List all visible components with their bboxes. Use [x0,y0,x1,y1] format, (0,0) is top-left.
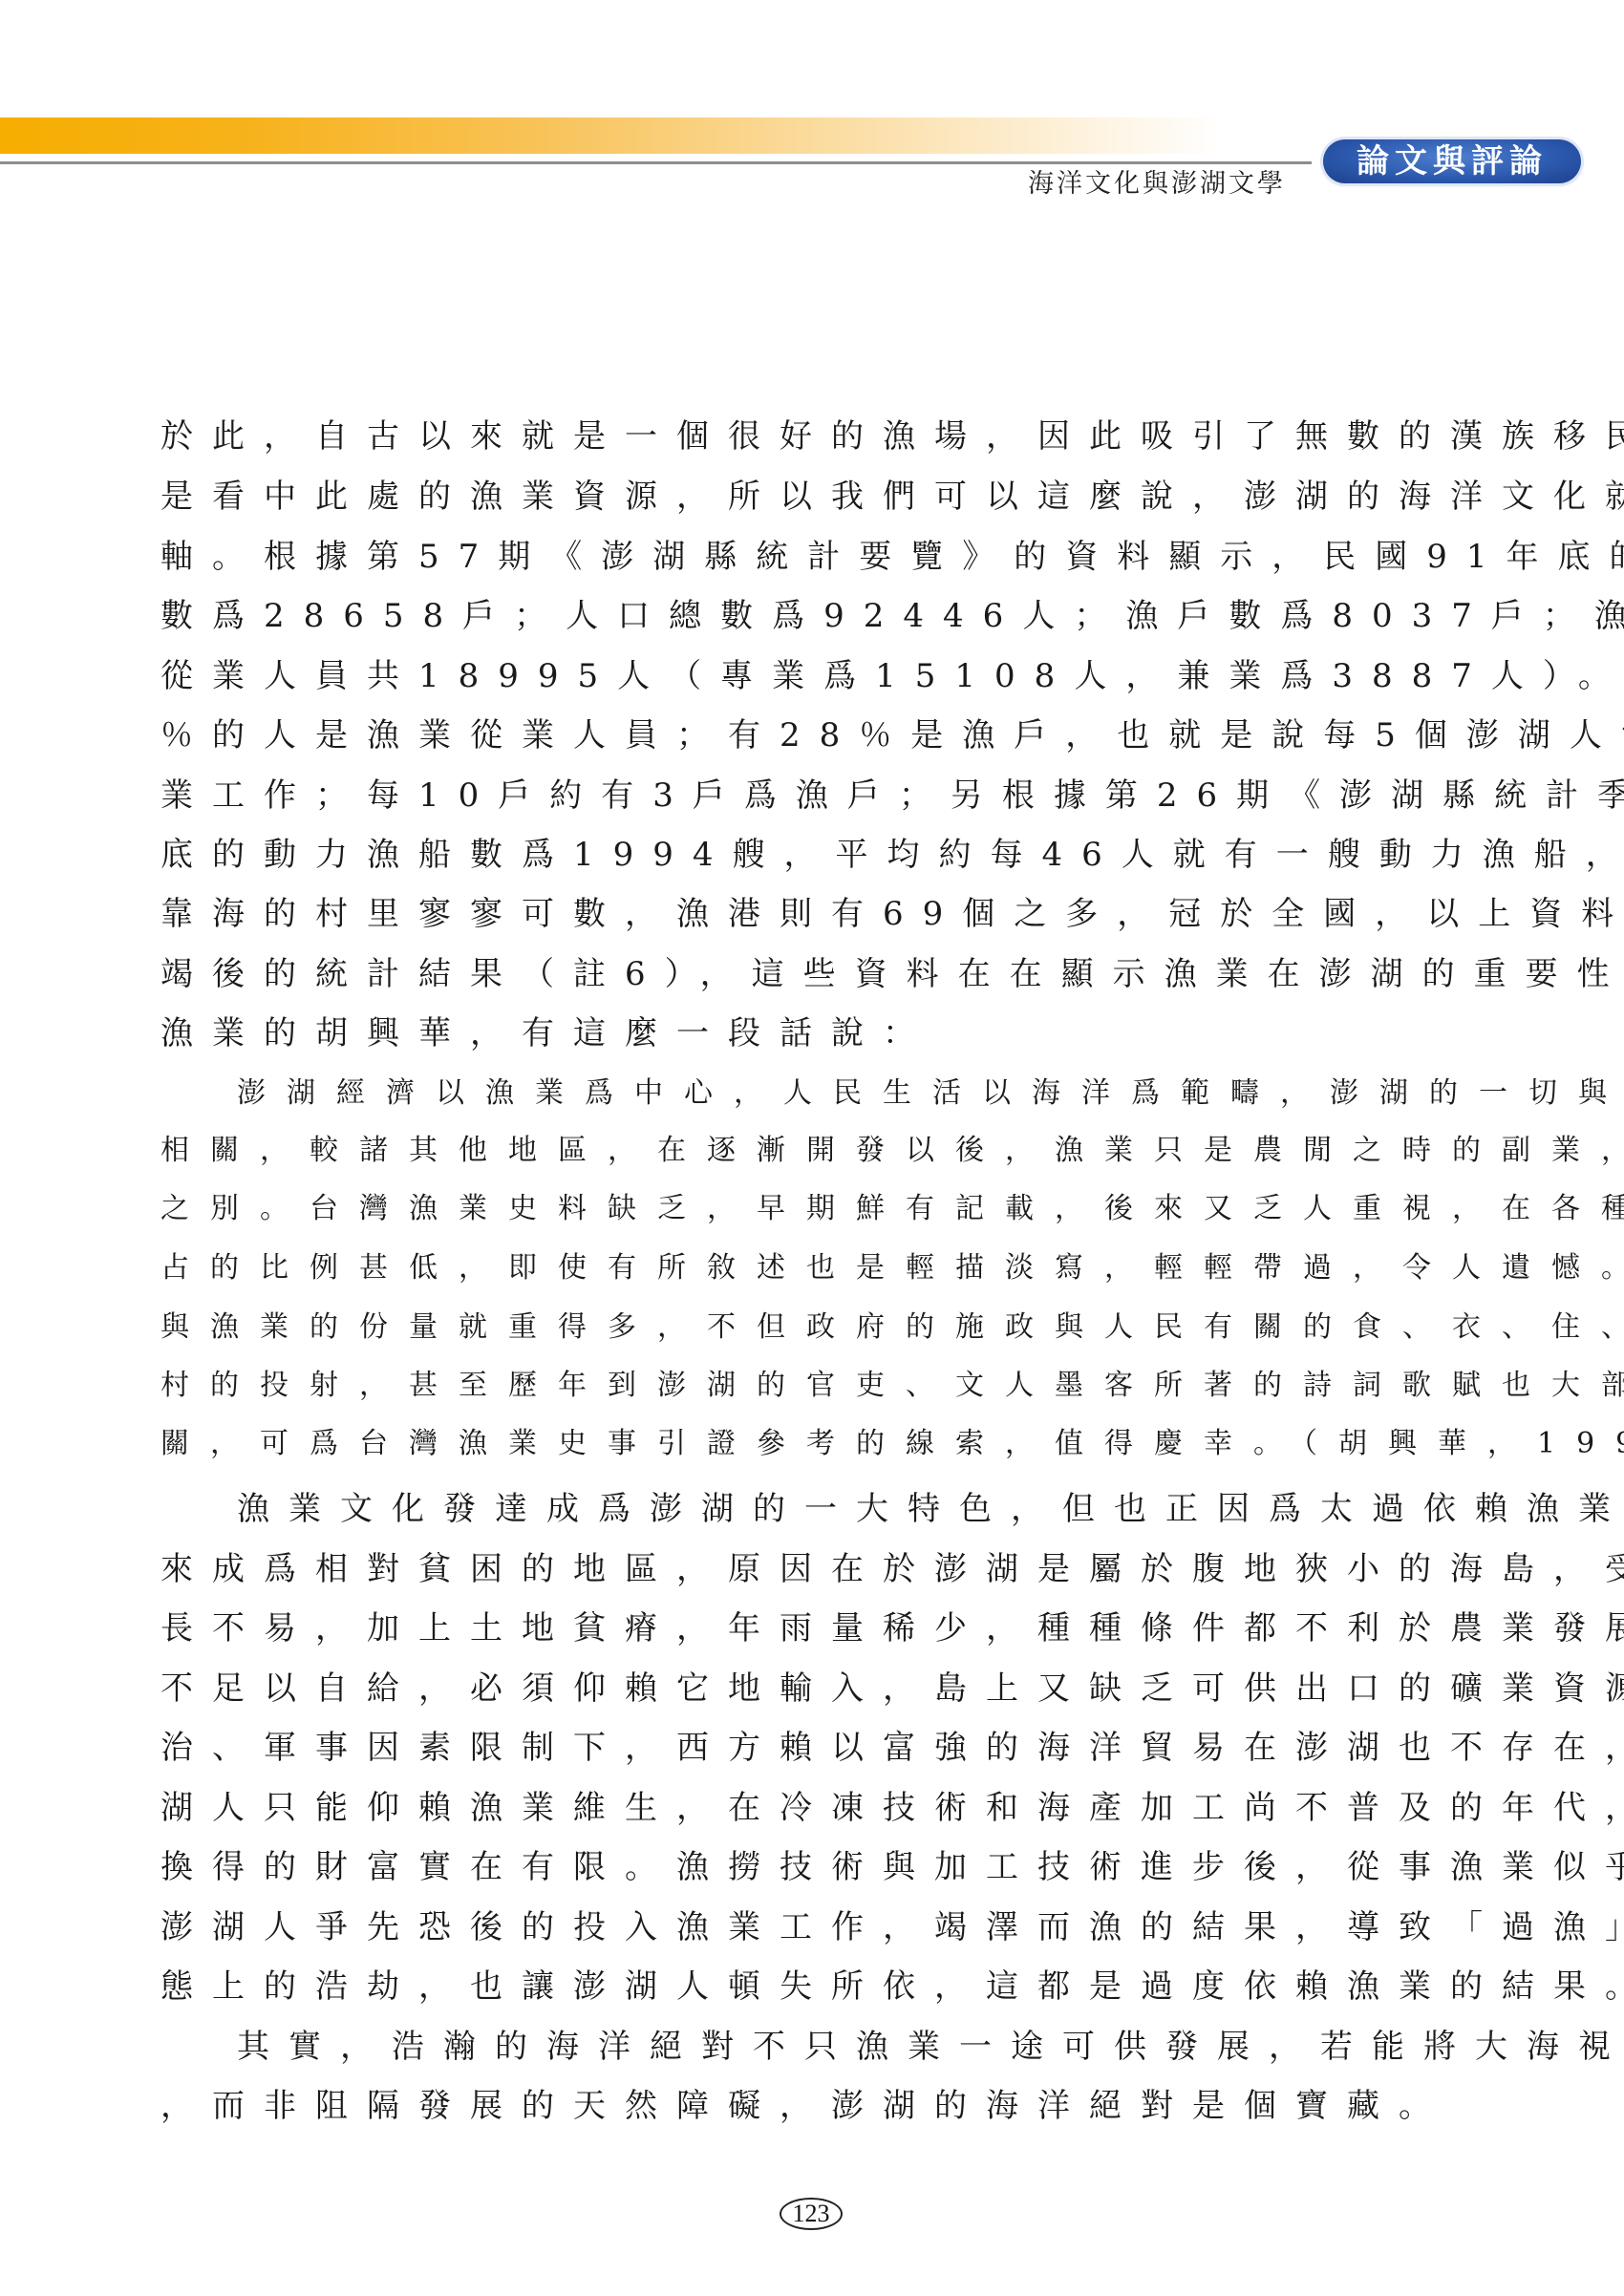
text-line: 漁業的胡興華，有這麼一段話說： [160,1012,1471,1054]
header-subtitle: 海洋文化與澎湖文學 [1028,168,1295,201]
text-line: ％的人是漁業從業人員；有28％是漁戶，也就是說每5個澎湖人當中，就有1個從事漁 [160,714,1471,756]
text-line: ，而非阻隔發展的天然障礙，澎湖的海洋絕對是個寶藏。 [160,2085,1471,2127]
quote-line: 澎湖經濟以漁業爲中心，人民生活以海洋爲範疇，澎湖的一切與海洋、漁業息息 [237,1074,1471,1113]
page-number: 123 [780,2198,843,2230]
text-line: 不足以自給，必須仰賴它地輸入，島上又缺乏可供出口的礦業資源和工業產品，在政 [160,1668,1471,1710]
header-gradient-bar [0,117,1328,154]
text-line: 竭後的統計結果（註6），這些資料在在顯示漁業在澎湖的重要性。長期研究台灣地區 [160,953,1471,995]
text-line: 是看中此處的漁業資源，所以我們可以這麼說，澎湖的海洋文化就是以漁業文化爲主 [160,476,1471,518]
section-badge: 論文與評論 [1323,139,1581,183]
text-line: 其實，浩瀚的海洋絕對不只漁業一途可供發展，若能將大海視爲通往財富的橋樑 [237,2026,1471,2068]
quote-line: 相關，較諸其他地區，在逐漸開發以後，漁業只是農閒之時的副業，其重要性有天壤 [160,1132,1471,1170]
text-line: 治、軍事因素限制下，西方賴以富強的海洋貿易在澎湖也不存在，因此自古以來，澎 [160,1727,1471,1769]
quote-line: 村的投射，甚至歷年到澎湖的官吏、文人墨客所著的詩詞歌賦也大部分與海、漁有 [160,1367,1471,1405]
quote-line: 關，可爲台灣漁業史事引證參考的線索，值得慶幸。（胡興華，1996） [160,1425,1471,1463]
quote-line: 占的比例甚低，即使有所敘述也是輕描淡寫，輕輕帶過，令人遺憾。反觀澎湖，海洋 [160,1249,1471,1287]
text-line: 業工作；每10戶約有3戶爲漁戶；另根據第26期《澎湖縣統計季刊》的資料，民國91… [160,775,1471,817]
text-line: 從業人員共18995人（專業爲15108人，兼業爲3887人）。從這項數據來看，… [160,655,1471,697]
text-line: 長不易，加上土地貧瘠，年雨量稀少，種種條件都不利於農業發展，所收成的農作物 [160,1607,1471,1649]
header-divider [0,161,1312,164]
text-line: 數爲28658戶；人口總數爲92446人；漁戶數爲8037戶；漁戶人口數爲297… [160,595,1471,637]
text-line: 軸。根據第57期《澎湖縣統計要覽》的資料顯示，民國91年底的統計資料，澎湖住戶 [160,536,1471,578]
text-line: 底的動力漁船數爲1994艘，平均約每46人就有一艘動力漁船，全縣九十七個村里，不 [160,834,1471,876]
text-line: 來成爲相對貧困的地區，原因在於澎湖是屬於腹地狹小的海島，受季風影響，植物生 [160,1548,1471,1590]
quote-line: 與漁業的份量就重得多，不但政府的施政與人民有關的食、衣、住、行都是漁民、漁 [160,1308,1471,1347]
text-line: 澎湖人爭先恐後的投入漁業工作，竭澤而漁的結果，導致「過漁」情形，不只造成生 [160,1906,1471,1948]
quote-line: 之別。台灣漁業史料缺乏，早期鮮有記載，後來又乏人重視，在各種史蹟記載之中所 [160,1190,1471,1228]
text-line: 於此，自古以來就是一個很好的漁場，因此吸引了無數的漢族移民來此定居，先民就 [160,415,1471,457]
text-line: 換得的財富實在有限。漁撈技術與加工技術進步後，從事漁業似乎有了榮景，貧困的 [160,1846,1471,1888]
text-line: 湖人只能仰賴漁業維生，在冷凍技術和海產加工尚不普及的年代，容易腐壞的漁獲能 [160,1787,1471,1829]
text-line: 靠海的村里寥寥可數，漁港則有69個之多，冠於全國，以上資料還是漁業資源較爲枯 [160,893,1471,935]
text-line: 態上的浩劫，也讓澎湖人頓失所依，這都是過度依賴漁業的結果。 [160,1966,1471,2008]
text-line: 漁業文化發達成爲澎湖的一大特色，但也正因爲太過依賴漁業，導致澎湖長久以 [237,1488,1471,1530]
